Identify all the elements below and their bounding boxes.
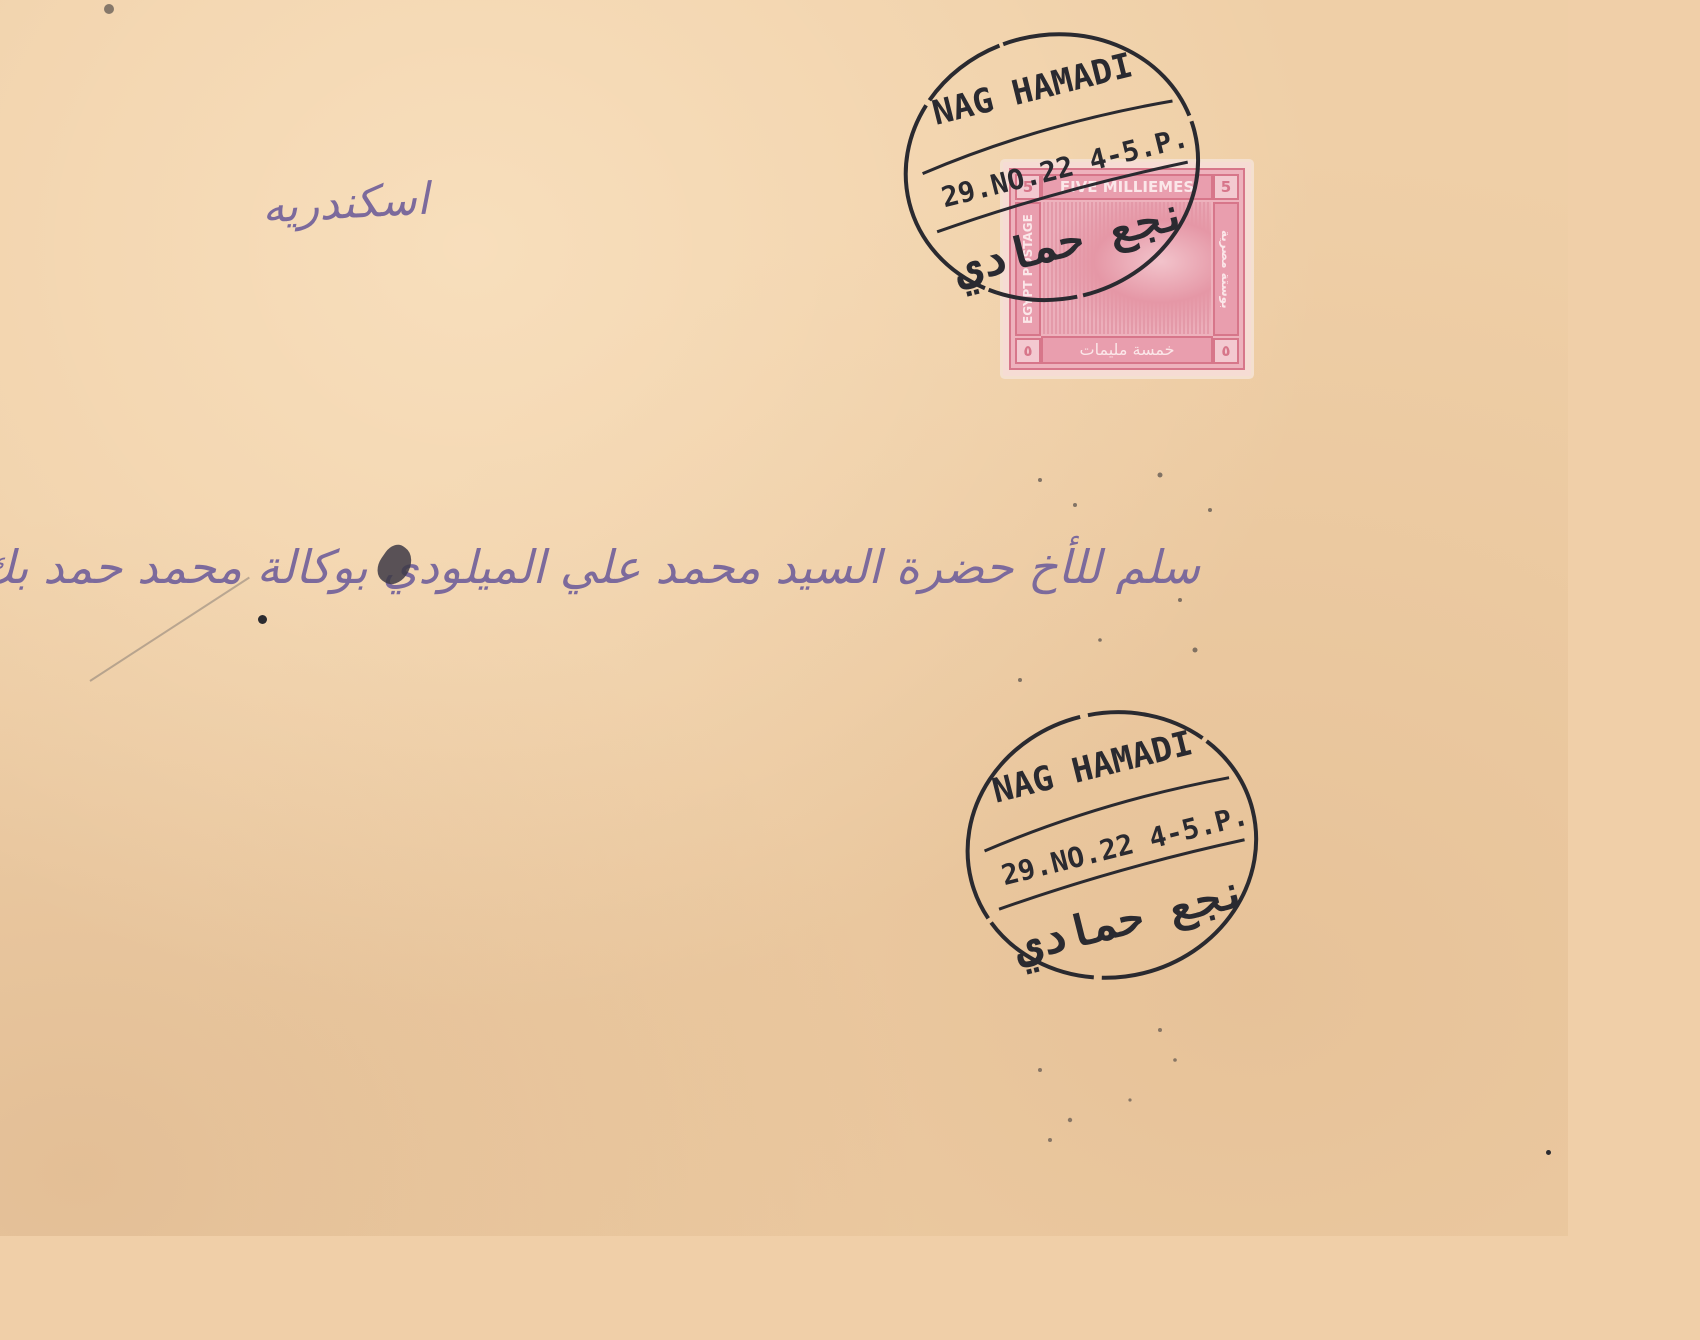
paper-speck	[104, 4, 114, 14]
paper-speck	[258, 615, 267, 624]
envelope: اسكندريه سلم للأخ حضرة السيد محمد علي ال…	[0, 0, 1568, 1236]
stamp-corner-value-arabic: ٥	[1015, 338, 1041, 364]
paper-speck	[1546, 1150, 1551, 1155]
stamp-value-label-arabic: خمسة مليمات	[1041, 336, 1213, 364]
svg-text:4-5.P.: 4-5.P.	[1086, 121, 1192, 177]
postmark-smudge	[1010, 1010, 1220, 1170]
svg-text:NAG HAMADI: NAG HAMADI	[988, 723, 1196, 811]
postmark-smudge	[980, 450, 1240, 710]
svg-text:NAG HAMADI: NAG HAMADI	[928, 45, 1136, 133]
postmark-bottom: NAG HAMADI 29.NO.22 4-5.P. نجع حمادي	[933, 676, 1291, 1015]
postmark-circle: NAG HAMADI 29.NO.22 4-5.P. نجع حمادي	[933, 676, 1291, 1015]
stamp-corner-value-arabic: ٥	[1213, 338, 1239, 364]
destination-city: اسكندريه	[261, 174, 430, 234]
svg-text:4-5.P.: 4-5.P.	[1146, 799, 1252, 855]
